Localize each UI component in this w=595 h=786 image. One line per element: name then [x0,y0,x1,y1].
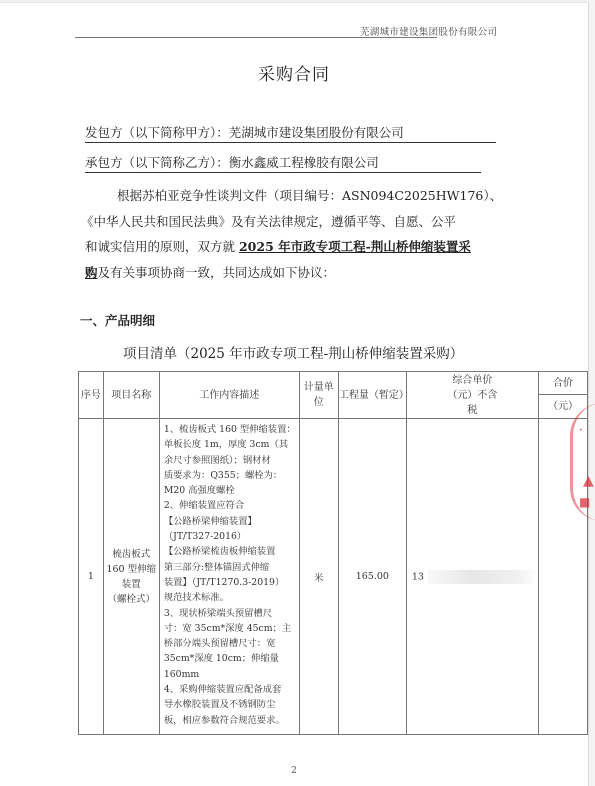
desc-line: 2、伸缩装置应符合 [164,498,296,513]
header-unit: 计量单位 [299,372,338,419]
desc-line: （JT/T327-2016） [164,529,296,544]
header-unit-price-l2: （元）不含 [407,388,538,403]
cell-seq: 1 [79,419,104,735]
section-heading-product-details: 一、产品明细 [80,311,155,329]
desc-line: M20 高强度螺栓 [164,483,296,498]
header-work-description: 工作内容描述 [159,372,299,419]
header-seq: 序号 [79,372,104,419]
desc-line: 导水橡胶装置及不锈钢防尘 [164,697,296,712]
product-table: 序号 项目名称 工作内容描述 计量单位 工程量（暂定） 综合单价 （元）不含 税… [78,371,588,735]
intro-line-3: 和诚实信用的原则，双方就 2025 年市政专项工程-荆山桥伸缩装置采 [85,234,510,260]
project-name-underlined-cont: 购 [85,265,98,280]
desc-line: 【公路桥梁梳齿板伸缩装置 [164,544,296,559]
desc-line: 质要求为：Q355；螺栓为： [164,468,296,483]
desc-line: 4、采购伸缩装置应配备成套 [164,682,296,697]
desc-line: 桥部分端头预留槽尺寸：宽 [164,636,296,651]
intro-line-4-suffix: 及有关事项协商一致，共同达成如下协议： [98,265,336,280]
unit-price-visible: 13 [412,571,424,582]
seal-glyph: ▲ [583,473,594,489]
header-unit-price: 综合单价 （元）不含 税 [406,372,538,419]
item-name-line: 160 型伸缩 [104,562,159,577]
intro-line-1: 根据苏柏亚竞争性谈判文件（项目编号：ASN094C2025HW176）、 [85,183,510,209]
desc-line: 1、梳齿板式 160 型伸缩装置： [164,422,296,437]
intro-line-4: 购及有关事项协商一致，共同达成如下协议： [85,260,510,286]
desc-line: 35cm*深度 10cm；伸缩量 [164,651,296,666]
header-divider [75,37,437,38]
cell-description: 1、梳齿板式 160 型伸缩装置： 单板长度 1m，厚度 3cm（其 余尺寸参照… [159,419,299,735]
intro-line-2: 《中华人民共和国民法典》及有关法律规定，遵循平等、自愿、公平 [81,209,510,235]
cell-quantity: 165.00 [338,419,406,735]
desc-line: 160mm [164,667,296,682]
cell-item-name: 梳齿板式 160 型伸缩 装置 （螺栓式） [103,419,159,735]
party-a-line: 发包方（以下简称甲方）：芜湖城市建设集团股份有限公司 [85,123,496,143]
item-name-line: 装置 [104,577,159,592]
document-page: 芜湖城市建设集团股份有限公司 采购合同 发包方（以下简称甲方）：芜湖城市建设集团… [0,2,589,786]
cell-unit: 米 [299,419,338,735]
desc-line: 寸：宽 35cm*深度 45cm；主 [164,621,296,636]
header-company-name: 芜湖城市建设集团股份有限公司 [360,24,497,38]
item-name-line: 梳齿板式 [104,547,159,562]
project-name-underlined: 2025 年市政专项工程-荆山桥伸缩装置采 [239,239,471,254]
intro-paragraph: 根据苏柏亚竞争性谈判文件（项目编号：ASN094C2025HW176）、 《中华… [85,183,510,285]
desc-line: 板，相应参数符合规范要求。 [164,713,296,728]
document-title: 采购合同 [0,60,588,85]
cell-unit-price: 13 [406,419,538,735]
desc-line: 余尺寸参照图纸）；钢材材 [164,453,296,468]
desc-line: 规范技术标准。 [164,590,296,605]
seal-glyph: · [579,425,582,436]
seal-glyph: ■ [579,495,590,509]
table-title: 项目清单（2025 年市政专项工程-荆山桥伸缩装置采购） [123,342,463,362]
page-number: 2 [0,766,588,776]
desc-line: 第三部分:整体锚固式伸缩 [164,560,296,575]
desc-line: 单板长度 1m，厚度 3cm（其 [164,437,296,452]
header-unit-price-l3: 税 [407,403,538,418]
header-total-l1: 合价 [538,372,587,395]
intro-line-3-prefix: 和诚实信用的原则，双方就 [85,239,239,254]
header-item-name: 项目名称 [103,372,159,419]
party-b-line: 承包方（以下简称乙方）：衡水鑫威工程橡胶有限公司 [85,153,481,173]
table-row: 1 梳齿板式 160 型伸缩 装置 （螺栓式） 1、梳齿板式 160 型伸缩装置… [79,419,588,735]
desc-line: 【公路桥梁伸缩装置】 [164,514,296,529]
header-unit-price-l1: 综合单价 [407,373,538,388]
redacted-price-blur [428,570,538,584]
red-seal-stamp: · ▲ ■ [570,403,595,521]
header-quantity: 工程量（暂定） [338,372,406,419]
desc-line: 3、现状桥梁端头预留槽尺 [164,606,296,621]
item-name-line: （螺栓式） [104,592,159,607]
desc-line: 装置】（JT/T1270.3-2019） [164,575,296,590]
